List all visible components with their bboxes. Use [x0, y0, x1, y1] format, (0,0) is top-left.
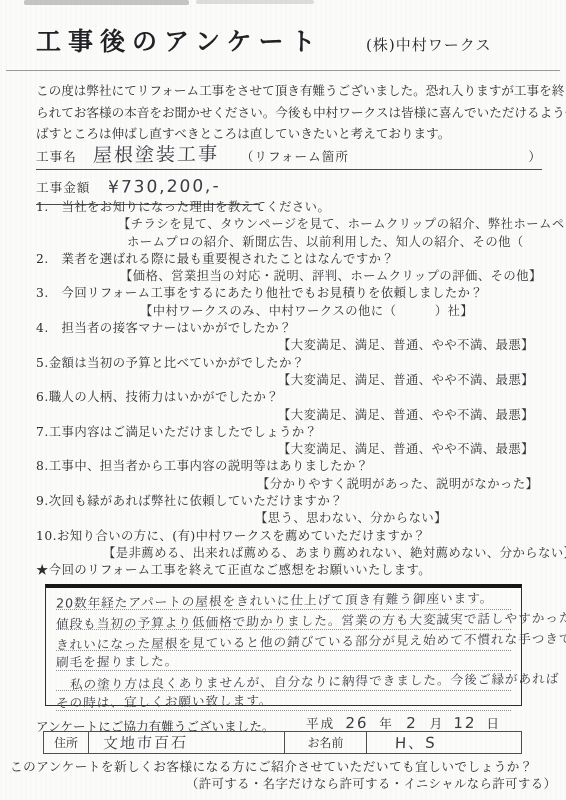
intro-line-2: られてお客様の本音をお聞かせください。今後も中村ワークスは皆様に喜んでいただける… [36, 102, 538, 124]
free-comment-prompt: ★今回のリフォーム工事を終えて正直なご感想をお願いいたします。 [36, 562, 542, 579]
comment-handwritten-line-2: 値段も当初の予算より低価格で助かりました。営業の方も大変誠実で話しやすかったです… [56, 609, 566, 633]
question-8: 8.工事中、担当者から工事内容の説明等はありましたか？ 【分かりやすく説明があっ… [36, 458, 542, 493]
work-name-label: 工事名 [36, 146, 77, 165]
date-year-handwritten: 26 [335, 714, 380, 733]
question-9-options: 【思う、思わない、分からない】 [255, 510, 542, 527]
name-handwritten-value: H、S [395, 732, 438, 754]
address-label: 住所 [44, 732, 88, 753]
question-10: 10.お知り合いの方に、(有)中村ワークスを薦めていただけますか？ 【是非薦める… [36, 528, 542, 563]
question-4: 4. 担当者の接客マナーはいかがでしたか？ 【大変満足、満足、普通、やや不満、最… [36, 320, 542, 355]
date-era-label: 平成 [306, 713, 335, 732]
comment-ruled-line: 私の塗り方は良くありませんが、自分なりに納得できました。今後ご縁があれば [56, 671, 511, 691]
question-1-options-line-1: 【チラシを見て、タウンページを見て、ホームクリップの紹介、弊社ホームページ [118, 216, 542, 233]
date-year-unit: 年 [379, 713, 394, 732]
scan-smudge-right [196, 0, 314, 4]
company-name: (株)中村ワークス [366, 34, 492, 55]
question-8-options: 【分かりやすく説明があった、説明がなかった】 [257, 476, 542, 493]
date-line: 平成 26 年 2 月 12 日 [306, 713, 501, 732]
question-6-options: 【大変満足、満足、普通、やや不満、最悪】 [278, 407, 542, 424]
name-cell: H、S [366, 732, 521, 753]
date-month-unit: 月 [430, 713, 445, 732]
question-1: 1. 当社をお知りになった理由を教えてください。 【チラシを見て、タウンページを… [36, 199, 542, 251]
title-divider [6, 70, 560, 71]
address-cell: 文地市百石 [88, 732, 284, 753]
work-name-row: 工事名 屋根塗装工事 （リフォーム箇所 ） [36, 140, 542, 170]
name-label: お名前 [284, 732, 366, 753]
question-9: 9.次回も縁があれば弊社に依頼していただけますか？ 【思う、思わない、分からない… [36, 493, 542, 528]
date-day-unit: 日 [486, 713, 501, 732]
question-4-options: 【大変満足、満足、普通、やや不満、最悪】 [278, 337, 542, 354]
comment-handwritten-line-5: 私の塗り方は良くありませんが、自分なりに納得できました。今後ご縁があれば [56, 670, 560, 693]
question-4-text: 4. 担当者の接客マナーはいかがでしたか？ [36, 320, 542, 337]
question-3-options: 【中村ワークスのみ、中村ワークスの他に（ ）社】 [140, 303, 542, 320]
respondent-info-table: 住所 文地市百石 お名前 H、S [43, 731, 522, 754]
reform-part-label: （リフォーム箇所 [241, 146, 349, 165]
question-5-options: 【大変満足、満足、普通、やや不満、最悪】 [278, 372, 542, 389]
question-5: 5.金額は当初の予算と比べていかがでしたか？ 【大変満足、満足、普通、やや不満、… [36, 355, 542, 390]
reform-part-close-paren: ） [528, 146, 542, 165]
comment-ruled-line: 刷毛を握りました。 [56, 651, 511, 671]
comment-ruled-line: きれいになった屋根を見ていると他の錆びている部分が見え始めて不慣れな手つきで [56, 630, 511, 650]
question-3-text: 3. 今回リフォーム工事をするにあたり他社でもお見積りを依頼しましたか？ [36, 285, 542, 302]
comment-handwritten-line-6: その時は、宜しくお願い致します。 [56, 692, 273, 712]
question-1-options-line-2: ホームプロの紹介、新聞広告、以前利用した、知人の紹介、その他（ ）】 [127, 234, 542, 251]
comment-ruled-line: 20数年経たアパートの屋根をきれいに仕上げて頂き有難う御座います。 [56, 590, 511, 610]
question-2-options: 【価格、営業担当の対応・説明、評判、ホームクリップの評価、その他】 [120, 268, 542, 285]
question-list: 1. 当社をお知りになった理由を教えてください。 【チラシを見て、タウンページを… [36, 199, 542, 580]
scan-smudge-left [24, 0, 189, 5]
question-7-text: 7.工事内容はご満足いただけましたでしょうか？ [36, 424, 542, 441]
comment-handwritten-line-1: 20数年経たアパートの屋根をきれいに仕上げて頂き有難う御座います。 [56, 590, 494, 612]
question-2-text: 2. 業者を選ばれる際に最も重要視されたことはなんですか？ [36, 251, 542, 268]
question-3: 3. 今回リフォーム工事をするにあたり他社でもお見積りを依頼しましたか？ 【中村… [36, 285, 542, 320]
comment-ruled-line: その時は、宜しくお願い致します。 [56, 691, 511, 711]
question-6: 6.職人の人柄、技術力はいかがでしたか？ 【大変満足、満足、普通、やや不満、最悪… [36, 389, 542, 424]
intro-line-1: この度は弊社にてリフォーム工事をさせて頂き有難うございました。恐れ入りますが工事… [36, 80, 538, 102]
work-name-handwritten-value: 屋根塗装工事 [92, 139, 219, 168]
date-day-handwritten: 12 [444, 714, 487, 733]
permission-question: このアンケートを新しくお客様になる方にご紹介させていただいても宜しいでしょうか？ [10, 756, 533, 775]
comment-handwritten-line-3: きれいになった屋根を見ていると他の錆びている部分が見え始めて不慣れな手つきで [56, 629, 566, 652]
comment-ruled-line: 値段も当初の予算より低価格で助かりました。営業の方も大変誠実で話しやすかったです… [56, 610, 511, 630]
page-title: 工事後のアンケート [36, 22, 323, 58]
question-10-text: 10.お知り合いの方に、(有)中村ワークスを薦めていただけますか？ [36, 528, 542, 545]
address-handwritten-value: 文地市百石 [103, 731, 189, 753]
date-month-handwritten: 2 [393, 714, 430, 732]
question-5-text: 5.金額は当初の予算と比べていかがでしたか？ [36, 355, 542, 372]
question-1-text: 1. 当社をお知りになった理由を教えてください。 [36, 199, 542, 216]
work-amount-label: 工事金額 [36, 177, 90, 196]
free-comment-box: 20数年経たアパートの屋根をきれいに仕上げて頂き有難う御座います。 値段も当初の… [45, 584, 522, 706]
permission-options: （許可する・名字だけなら許可する・イニシャルなら許可する） [186, 774, 556, 792]
question-7-options: 【大変満足、満足、普通、やや不満、最悪】 [278, 441, 542, 458]
question-10-options: 【是非薦める、出来れば薦める、あまり薦めれない、絶対薦めない、分からない】 [103, 545, 542, 562]
question-6-text: 6.職人の人柄、技術力はいかがでしたか？ [36, 389, 542, 406]
comment-handwritten-line-4: 刷毛を握りました。 [56, 652, 179, 671]
question-7: 7.工事内容はご満足いただけましたでしょうか？ 【大変満足、満足、普通、やや不満… [36, 424, 542, 459]
intro-paragraph: この度は弊社にてリフォーム工事をさせて頂き有難うございました。恐れ入りますが工事… [36, 80, 538, 145]
question-8-text: 8.工事中、担当者から工事内容の説明等はありましたか？ [36, 458, 542, 475]
question-9-text: 9.次回も縁があれば弊社に依頼していただけますか？ [36, 493, 542, 510]
question-2: 2. 業者を選ばれる際に最も重要視されたことはなんですか？ 【価格、営業担当の対… [36, 251, 542, 286]
work-amount-handwritten-value: ¥730,200,- [108, 176, 221, 197]
